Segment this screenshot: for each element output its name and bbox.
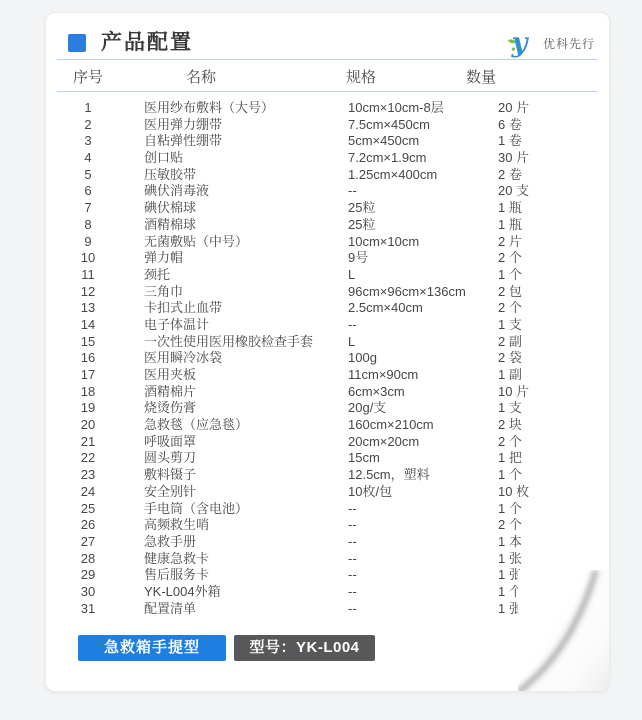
row-no: 14 [58,317,118,334]
row-spec: 20cm×20cm [346,434,496,451]
table-row: 5压敏胶带1.25cm×400cm2 卷 [58,167,597,184]
model-number-button[interactable]: 型号：YK-L004 [234,635,375,661]
row-name: 颈托 [118,267,346,284]
row-no: 18 [58,384,118,401]
table-row: 21呼吸面罩20cm×20cm2 个 [58,434,597,451]
row-no: 12 [58,284,118,301]
row-spec: -- [346,601,496,618]
product-type-button[interactable]: 急救箱手提型 [78,635,226,661]
row-name: YK-L004外箱 [118,584,346,601]
row-no: 2 [58,117,118,134]
sheet-footer: 急救箱手提型 型号：YK-L004 [78,635,375,661]
row-name: 高频救生哨 [118,517,346,534]
table-row: 26高频救生哨--2 个 [58,517,597,534]
row-spec: -- [346,584,496,601]
row-spec: 5cm×450cm [346,133,496,150]
row-name: 敷料镊子 [118,467,346,484]
title-accent-square-icon [68,34,86,52]
row-spec: 160cm×210cm [346,417,496,434]
row-no: 11 [58,267,118,284]
table-row: 25手电筒（含电池）--1 个 [58,501,597,518]
row-spec: 96cm×96cm×136cm [346,284,496,301]
table-row: 2医用弹力绷带7.5cm×450cm6 卷 [58,117,597,134]
table-row: 17医用夹板11cm×90cm1 副 [58,367,597,384]
col-header-no: 序号 [58,66,118,87]
row-name: 三角巾 [118,284,346,301]
column-header-divider [57,91,598,92]
row-no: 21 [58,434,118,451]
row-no: 9 [58,234,118,251]
row-no: 1 [58,100,118,117]
row-name: 呼吸面罩 [118,434,346,451]
row-qty: 20 片 [496,100,597,117]
row-no: 30 [58,584,118,601]
table-row: 12三角巾96cm×96cm×136cm2 包 [58,284,597,301]
row-qty: 2 块 [496,417,597,434]
row-name: 烧烫伤膏 [118,400,346,417]
row-spec: -- [346,517,496,534]
row-spec: 20g/支 [346,400,496,417]
row-no: 17 [58,367,118,384]
table-body: 1医用纱布敷料（大号）10cm×10cm-8层20 片2医用弹力绷带7.5cm×… [58,100,597,617]
row-name: 压敏胶带 [118,167,346,184]
table-row: 3自粘弹性绷带5cm×450cm1 卷 [58,133,597,150]
table-row: 1医用纱布敷料（大号）10cm×10cm-8层20 片 [58,100,597,117]
row-name: 碘伏消毒液 [118,183,346,200]
row-spec: 10枚/包 [346,484,496,501]
row-spec: 2.5cm×40cm [346,300,496,317]
row-no: 3 [58,133,118,150]
table-row: 11颈托L1 个 [58,267,597,284]
table-row: 14电子体温计--1 支 [58,317,597,334]
row-no: 6 [58,183,118,200]
table-row: 20急救毯（应急毯）160cm×210cm2 块 [58,417,597,434]
logo-dot-icon [512,48,515,51]
row-spec: 12.5cm，塑料 [346,467,496,484]
table-row: 4创口贴7.2cm×1.9cm30 片 [58,150,597,167]
row-no: 22 [58,450,118,467]
row-no: 7 [58,200,118,217]
row-no: 15 [58,334,118,351]
row-spec: 7.5cm×450cm [346,117,496,134]
row-no: 8 [58,217,118,234]
header-divider [57,59,598,60]
row-spec: L [346,267,496,284]
row-name: 医用弹力绷带 [118,117,346,134]
row-qty: 2 卷 [496,167,597,184]
row-no: 24 [58,484,118,501]
table-row: 7碘伏棉球25粒1 瓶 [58,200,597,217]
row-name: 安全别针 [118,484,346,501]
table-header-row: 序号 名称 规格 数量 [58,63,597,89]
row-name: 弹力帽 [118,250,346,267]
row-name: 配置清单 [118,601,346,618]
table-row: 15一次性使用医用橡胶检查手套L2 副 [58,334,597,351]
row-no: 19 [58,400,118,417]
row-qty: 6 卷 [496,117,597,134]
row-name: 医用夹板 [118,367,346,384]
row-name: 酒精棉片 [118,384,346,401]
row-qty: 1 瓶 [496,217,597,234]
table-row: 27急救手册--1 本 [58,534,597,551]
table-row: 23敷料镊子12.5cm，塑料1 个 [58,467,597,484]
page-title: 产品配置 [101,30,193,56]
row-spec: 7.2cm×1.9cm [346,150,496,167]
row-no: 13 [58,300,118,317]
row-no: 31 [58,601,118,618]
row-qty: 2 个 [496,250,597,267]
row-qty: 30 片 [496,150,597,167]
row-qty: 2 包 [496,284,597,301]
row-qty: 1 支 [496,400,597,417]
row-no: 4 [58,150,118,167]
row-no: 20 [58,417,118,434]
logo-y-icon: y [502,28,538,58]
row-spec: 25粒 [346,200,496,217]
table-row: 9无菌敷贴（中号）10cm×10cm2 片 [58,234,597,251]
row-spec: 15cm [346,450,496,467]
table-row: 8酒精棉球25粒1 瓶 [58,217,597,234]
table-row: 18酒精棉片6cm×3cm10 片 [58,384,597,401]
row-name: 圆头剪刀 [118,450,346,467]
row-qty: 1 个 [496,267,597,284]
row-qty: 10 片 [496,384,597,401]
row-qty: 1 卷 [496,133,597,150]
row-qty: 1 把 [496,450,597,467]
row-name: 无菌敷贴（中号） [118,234,346,251]
brand-logo: y 优科先行 [502,28,595,58]
row-spec: L [346,334,496,351]
row-qty: 1 张 [496,551,597,568]
row-name: 碘伏棉球 [118,200,346,217]
row-qty: 2 副 [496,334,597,351]
row-qty: 2 个 [496,300,597,317]
row-no: 28 [58,551,118,568]
table-row: 22圆头剪刀15cm1 把 [58,450,597,467]
row-name: 售后服务卡 [118,567,346,584]
row-name: 手电筒（含电池） [118,501,346,518]
row-spec: 25粒 [346,217,496,234]
row-name: 电子体温计 [118,317,346,334]
row-qty: 2 个 [496,434,597,451]
product-config-sheet: 产品配置 y 优科先行 序号 名称 规格 数量 1医用纱布敷料（大号）10cm×… [45,12,610,692]
row-spec: -- [346,567,496,584]
row-name: 医用瞬冷冰袋 [118,350,346,367]
table-row: 6碘伏消毒液--20 支 [58,183,597,200]
brand-name: 优科先行 [543,35,595,52]
table-row: 16医用瞬冷冰袋100g2 袋 [58,350,597,367]
page-curl-icon [518,570,610,692]
row-spec: 100g [346,350,496,367]
col-header-qty: 数量 [496,66,597,87]
row-no: 26 [58,517,118,534]
row-spec: -- [346,501,496,518]
row-qty: 1 个 [496,467,597,484]
row-no: 5 [58,167,118,184]
row-qty: 2 个 [496,517,597,534]
row-name: 卡扣式止血带 [118,300,346,317]
table-row: 29售后服务卡--1 张 [58,567,597,584]
sheet-header: 产品配置 y 优科先行 [68,30,595,56]
row-spec: -- [346,183,496,200]
row-name: 一次性使用医用橡胶检查手套 [118,334,346,351]
row-qty: 1 瓶 [496,200,597,217]
row-no: 23 [58,467,118,484]
row-qty: 1 个 [496,501,597,518]
row-qty: 2 片 [496,234,597,251]
table-row: 30YK-L004外箱--1 个 [58,584,597,601]
row-name: 健康急救卡 [118,551,346,568]
row-spec: -- [346,317,496,334]
row-spec: 6cm×3cm [346,384,496,401]
row-qty: 1 本 [496,534,597,551]
row-spec: 11cm×90cm [346,367,496,384]
table-row: 13卡扣式止血带2.5cm×40cm2 个 [58,300,597,317]
table-row: 31配置清单--1 张 [58,601,597,618]
row-spec: 10cm×10cm [346,234,496,251]
row-name: 创口贴 [118,150,346,167]
row-spec: 9号 [346,250,496,267]
row-no: 27 [58,534,118,551]
row-no: 25 [58,501,118,518]
row-name: 酒精棉球 [118,217,346,234]
row-qty: 1 副 [496,367,597,384]
row-qty: 20 支 [496,183,597,200]
row-no: 16 [58,350,118,367]
table-row: 10弹力帽9号2 个 [58,250,597,267]
row-qty: 10 枚 [496,484,597,501]
row-spec: -- [346,551,496,568]
row-qty: 2 袋 [496,350,597,367]
row-no: 10 [58,250,118,267]
table-row: 19烧烫伤膏20g/支1 支 [58,400,597,417]
table-row: 24安全别针10枚/包10 枚 [58,484,597,501]
row-name: 医用纱布敷料（大号） [118,100,346,117]
row-name: 自粘弹性绷带 [118,133,346,150]
row-qty: 1 支 [496,317,597,334]
row-no: 29 [58,567,118,584]
row-name: 急救手册 [118,534,346,551]
row-spec: -- [346,534,496,551]
row-spec: 1.25cm×400cm [346,167,496,184]
row-name: 急救毯（应急毯） [118,417,346,434]
table-row: 28健康急救卡--1 张 [58,551,597,568]
col-header-name: 名称 [118,66,346,87]
row-spec: 10cm×10cm-8层 [346,100,496,117]
